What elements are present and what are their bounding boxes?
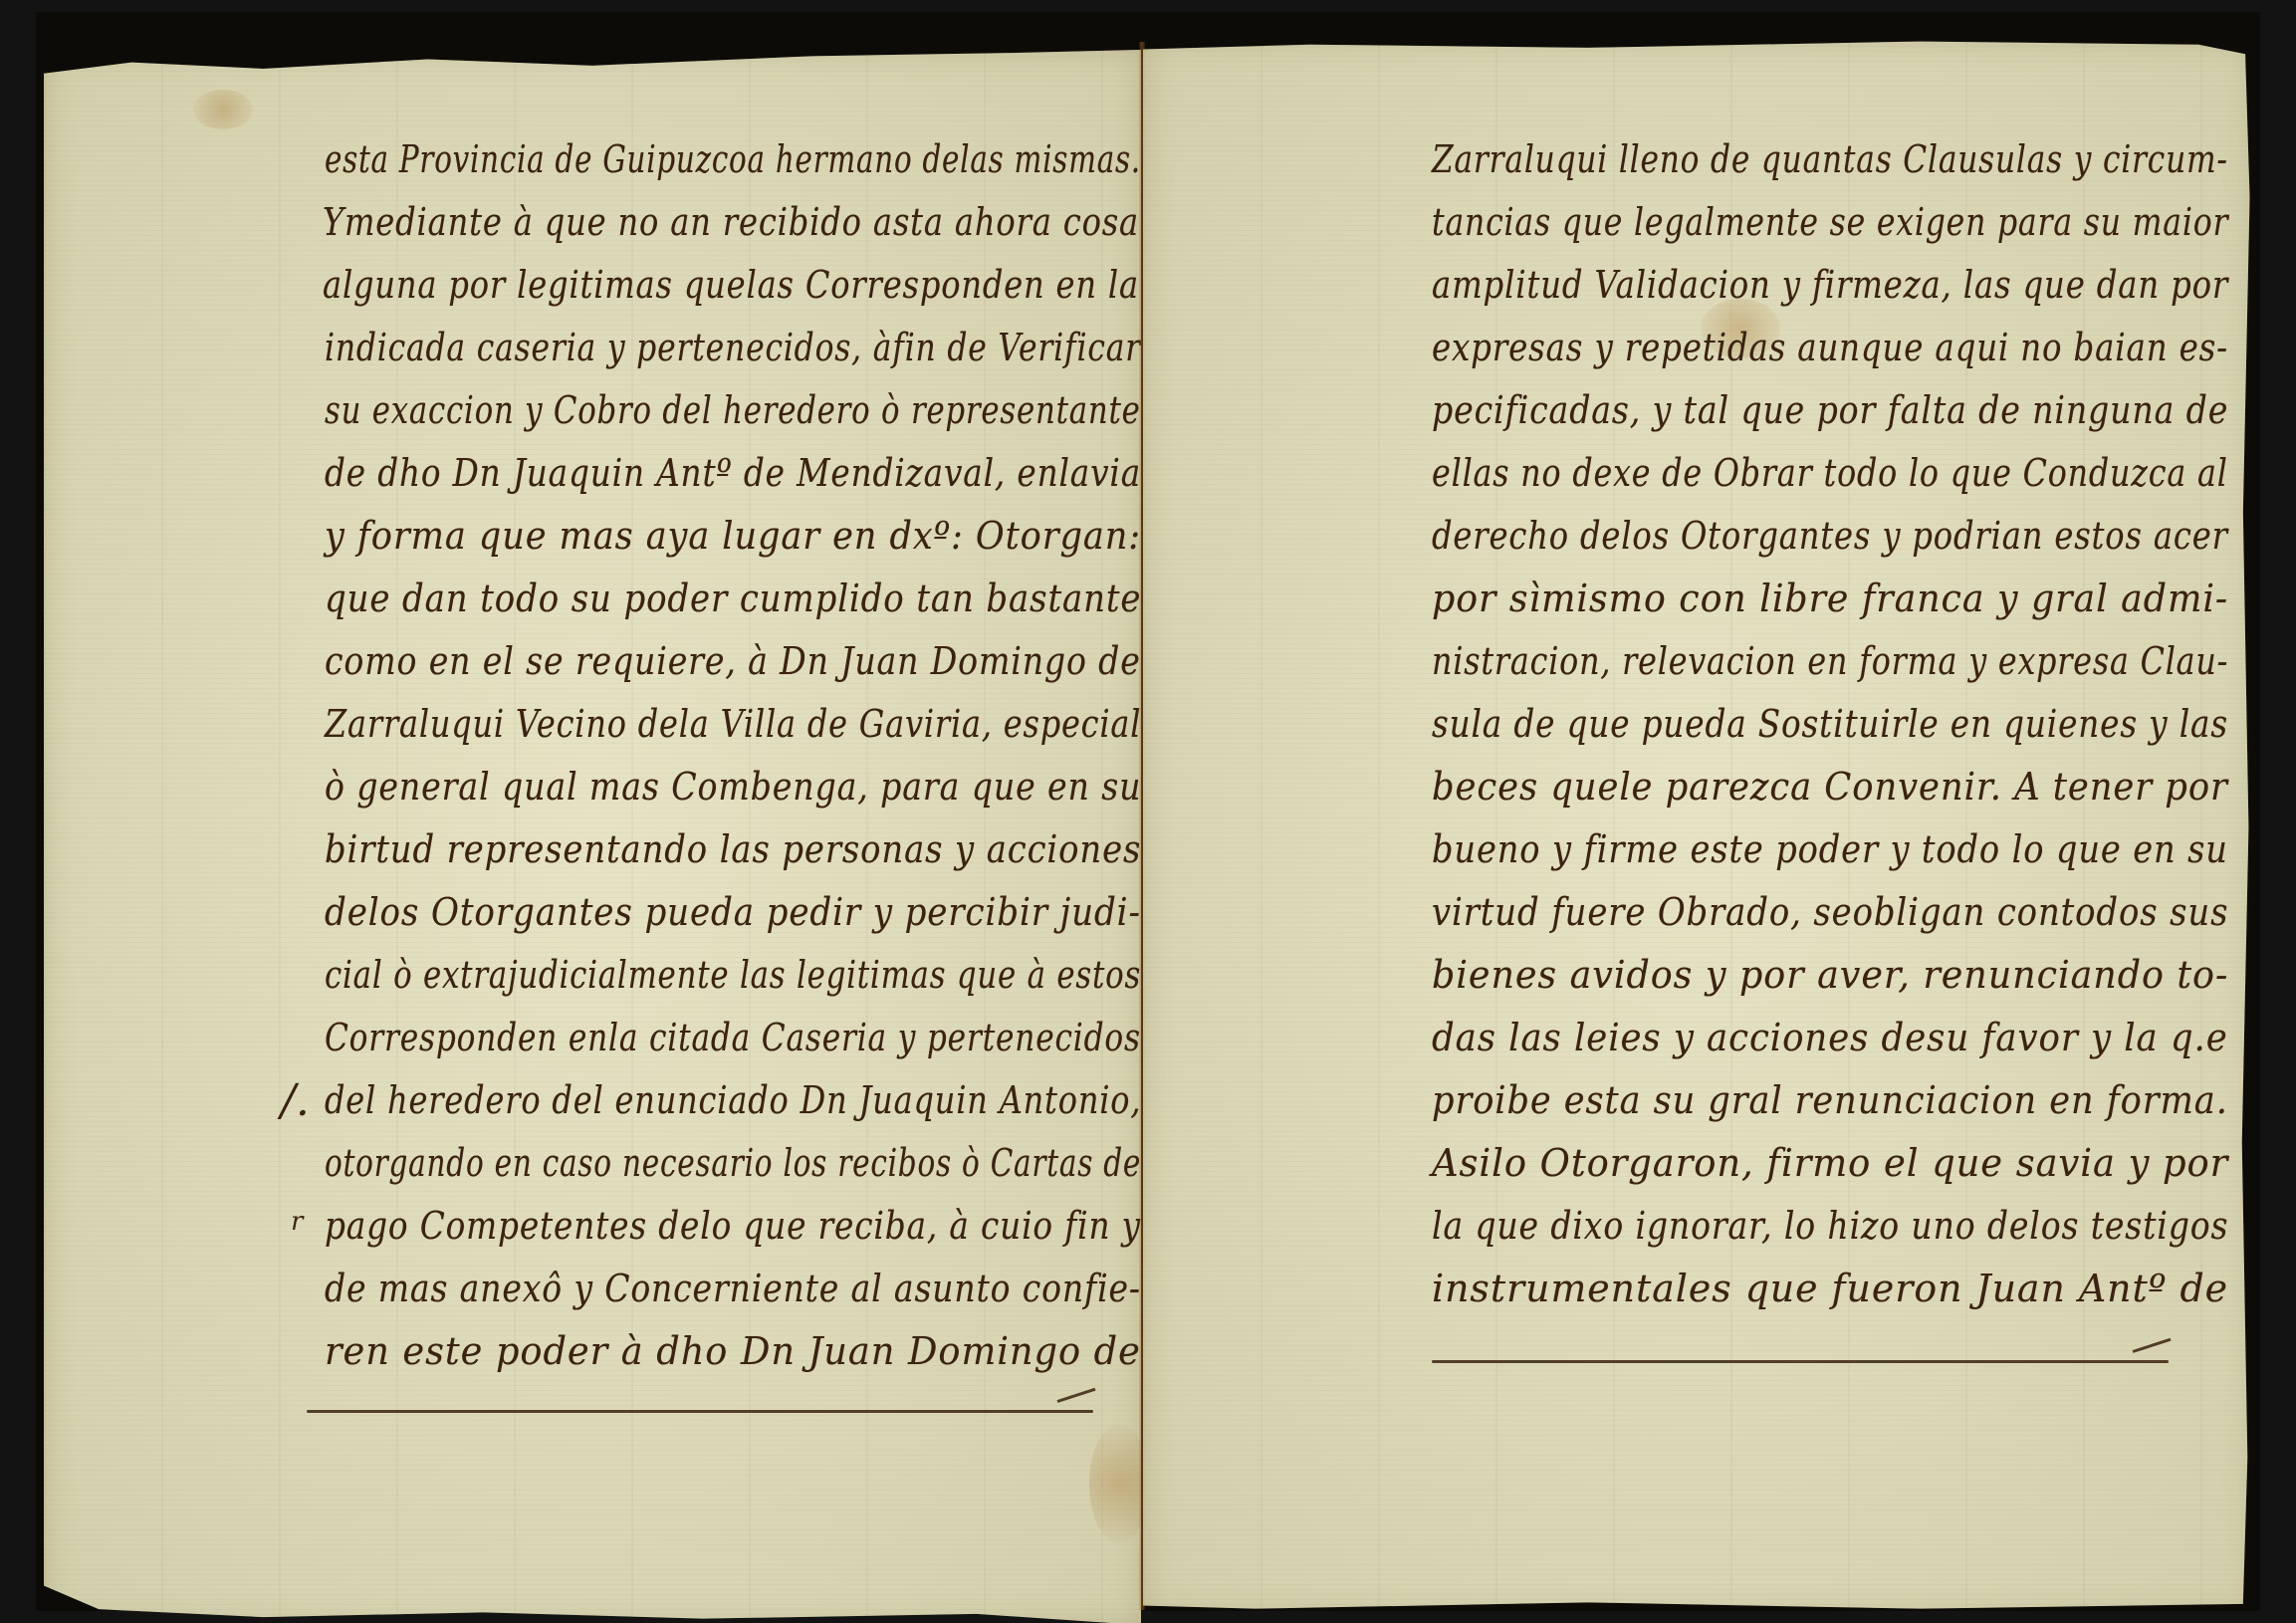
closing-rule [307,1410,1093,1413]
text-line: esta Provincia de Guipuzcoa hermano dela… [325,137,1141,181]
text-line: Zarraluqui Vecino dela Villa de Gaviria,… [325,702,1141,746]
text-line: beces quele parezca Convenir. A tener po… [1432,765,2228,809]
image-viewer: esta Provincia de Guipuzcoa hermano dela… [0,0,2296,1623]
text-line: su exaccion y Cobro del heredero ò repre… [325,388,1141,432]
text-line: de dho Dn Juaquin Antº de Mendizaval, en… [325,451,1141,495]
text-line: indicada caseria y pertenecidos, àfin de… [325,326,1141,369]
text-line: bueno y firme este poder y todo lo que e… [1432,827,2228,871]
right-page: Zarraluqui lleno de quantas Clausulas y … [1143,40,2254,1615]
text-line: bienes avidos y por aver, renunciando to… [1432,953,2228,997]
text-line: del heredero del enunciado Dn Juaquin An… [325,1078,1141,1122]
text-line: como en el se requiere, à Dn Juan Doming… [325,639,1141,683]
text-line: proibe esta su gral renunciacion en form… [1432,1078,2228,1122]
text-line: amplitud Validacion y firmeza, las que d… [1432,263,2228,307]
text-line: instrumentales que fueron Juan Antº de [1432,1267,2228,1310]
text-line: ò general qual mas Combenga, para que en… [325,765,1141,809]
text-line: y forma que mas aya lugar en dxº: Otorga… [325,514,1141,558]
text-line: virtud fuere Obrado, seobligan contodos … [1432,890,2228,934]
margin-mark: /. [281,1075,310,1126]
text-line: Corresponden enla citada Caseria y perte… [325,1016,1141,1059]
text-line: la que dixo ignorar, lo hizo uno delos t… [1432,1204,2228,1248]
text-line: cial ò extrajudicialmente las legitimas … [325,953,1141,997]
text-line: delos Otorgantes pueda pedir y percibir … [325,890,1141,934]
right-page-text: Zarraluqui lleno de quantas Clausulas y … [1143,40,2254,1615]
text-line: ren este poder à dho Dn Juan Domingo de [325,1329,1141,1373]
text-line: Ymediante à que no an recibido asta ahor… [323,200,1139,244]
text-line: pago Competentes delo que reciba, à cuio… [325,1204,1141,1248]
text-line: de mas anexô y Concerniente al asunto co… [325,1267,1141,1310]
left-page-text: esta Provincia de Guipuzcoa hermano dela… [44,50,1141,1623]
text-line: tancias que legalmente se exigen para su… [1432,200,2228,244]
text-line: que dan todo su poder cumplido tan basta… [325,577,1141,620]
text-line: expresas y repetidas aunque aqui no baia… [1432,326,2228,369]
margin-mark: r [291,1207,303,1237]
text-line: ellas no dexe de Obrar todo lo que Condu… [1432,451,2228,495]
text-line: das las leies y acciones desu favor y la… [1432,1016,2228,1059]
text-line: pecificadas, y tal que por falta de ning… [1432,388,2228,432]
text-line: birtud representando las personas y acci… [325,827,1141,871]
left-page: esta Provincia de Guipuzcoa hermano dela… [44,50,1141,1623]
text-line: por sìmismo con libre franca y gral admi… [1432,577,2228,620]
text-line: nistracion, relevacion en forma y expres… [1432,639,2228,683]
text-line: Zarraluqui lleno de quantas Clausulas y … [1432,137,2228,181]
closing-rule [1432,1360,2169,1363]
text-line: sula de que pueda Sostituirle en quienes… [1432,702,2228,746]
text-line: alguna por legitimas quelas Corresponden… [323,263,1139,307]
text-line: otorgando en caso necesario los recibos … [325,1141,1141,1185]
text-line: derecho delos Otorgantes y podrian estos… [1432,514,2228,558]
manuscript-scan: esta Provincia de Guipuzcoa hermano dela… [36,12,2260,1611]
text-line: Asilo Otorgaron, firmo el que savia y po… [1432,1141,2228,1185]
